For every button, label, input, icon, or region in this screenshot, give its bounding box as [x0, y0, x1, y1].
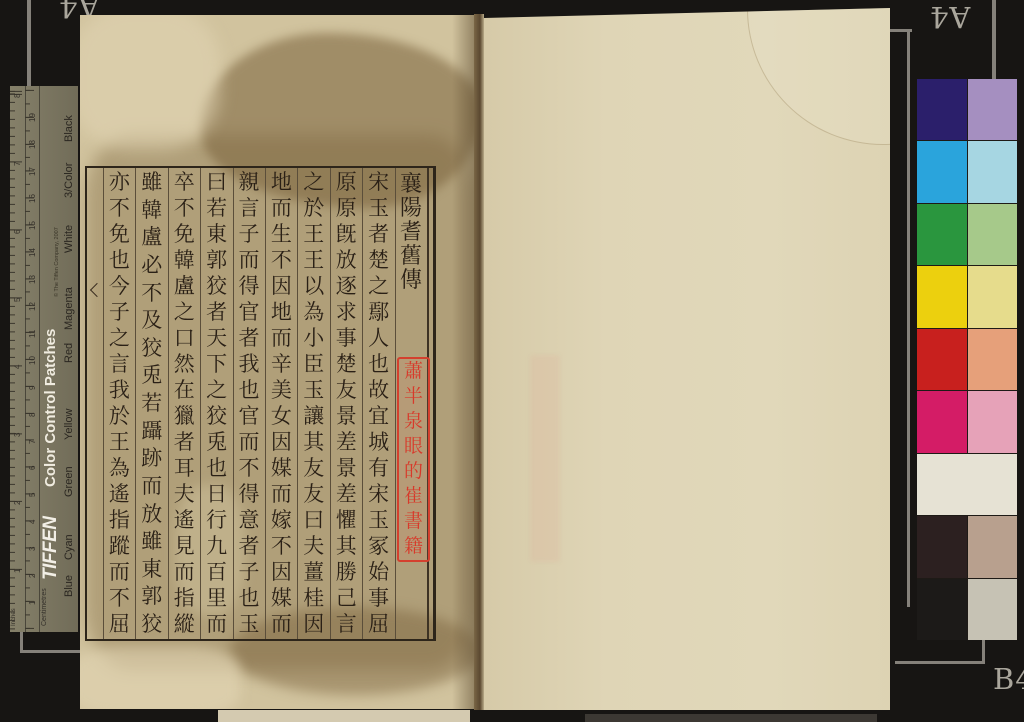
patch-cyan — [917, 141, 968, 202]
glyph: 旣 — [336, 224, 357, 246]
cm-label: 3 — [29, 547, 37, 551]
glyph: 天 — [206, 328, 227, 350]
cm-label: 7 — [29, 440, 37, 444]
glyph: 王 — [303, 224, 324, 246]
glyph: 宋 — [368, 484, 389, 506]
glyph: 因 — [271, 276, 292, 298]
ring-stain — [747, 8, 890, 145]
patch-blue — [917, 79, 968, 140]
glyph: 臣 — [303, 354, 324, 376]
patch-light-gray — [968, 579, 1018, 640]
patch-name-black: Black — [64, 115, 75, 142]
glyph: 亦 — [109, 172, 130, 194]
book-title: 襄陽耆舊傳 — [395, 174, 427, 293]
patch-yellow — [917, 266, 968, 327]
glyph: 親 — [239, 172, 260, 194]
inch-label: 3 — [14, 433, 22, 437]
underlying-card-edge — [585, 714, 877, 722]
glyph: 而 — [174, 562, 195, 584]
patch-white — [967, 454, 1017, 515]
patch-tan — [968, 516, 1018, 577]
glyph: 者 — [368, 224, 389, 246]
guide-line — [982, 640, 985, 664]
glyph: 遙 — [109, 484, 130, 506]
glyph: 友 — [336, 380, 357, 402]
glyph: 薑 — [303, 562, 324, 584]
guide-line — [907, 29, 910, 607]
glyph: 今 — [109, 276, 130, 298]
glyph: 之 — [368, 276, 389, 298]
glyph: 冢 — [368, 536, 389, 558]
book-gutter — [474, 14, 484, 710]
patch-name-blue: Blue — [64, 575, 75, 597]
glyph: 之 — [303, 172, 324, 194]
color-control-ruler: Inches Centimetres 1 2 3 4 5 6 7 8 1 2 3… — [10, 86, 78, 632]
patch-green — [917, 204, 968, 265]
glyph: 也 — [239, 588, 260, 610]
glyph: 友 — [303, 458, 324, 480]
cm-label: 8 — [29, 413, 37, 417]
glyph: 不 — [271, 536, 292, 558]
inch-label: 4 — [14, 365, 22, 369]
glyph: 宜 — [368, 406, 389, 428]
text-column-9: 亦不免也今子之言我於王為遙指蹤而不屈 — [103, 172, 135, 636]
inch-label: 2 — [14, 501, 22, 505]
glyph: 崔 — [404, 487, 423, 507]
glyph: 媒 — [271, 588, 292, 610]
glyph: 也 — [368, 354, 389, 376]
cm-label: 2 — [29, 574, 37, 578]
glyph: 籍 — [404, 537, 423, 557]
glyph: 逐 — [336, 276, 357, 298]
glyph: 言 — [336, 614, 357, 636]
glyph: 躡 — [141, 421, 162, 443]
glyph: 友 — [303, 484, 324, 506]
glyph: 因 — [271, 432, 292, 454]
glyph: 傳 — [400, 270, 422, 293]
glyph: 也 — [109, 250, 130, 272]
glyph: 玉 — [368, 198, 389, 220]
glyph: 九 — [206, 536, 227, 558]
glyph: 不 — [109, 198, 130, 220]
glyph: 子 — [239, 562, 260, 584]
patch-name-magenta: Magenta — [64, 287, 75, 330]
glyph: 狡 — [141, 338, 162, 360]
glyph: 不 — [174, 198, 195, 220]
glyph: 若 — [141, 393, 162, 415]
glyph: 者 — [174, 432, 195, 454]
cm-label: 15 — [29, 221, 37, 230]
glyph: 見 — [174, 536, 195, 558]
fishtail-mark-icon — [90, 283, 104, 297]
glyph: 而 — [206, 614, 227, 636]
glyph: 辛 — [271, 354, 292, 376]
cm-label: 12 — [29, 302, 37, 311]
glyph: 差 — [336, 484, 357, 506]
glyph: 而 — [239, 432, 260, 454]
cm-label: 1 — [29, 601, 37, 605]
patch-green-light — [968, 204, 1018, 265]
glyph: 放 — [141, 504, 162, 526]
glyph: 原 — [336, 172, 357, 194]
glyph: 必 — [141, 255, 162, 277]
glyph: 里 — [206, 588, 227, 610]
patch-name-red: Red — [64, 343, 75, 363]
patch-name-3color: 3/Color — [64, 163, 75, 198]
glyph: 美 — [271, 380, 292, 402]
glyph: 狡 — [206, 406, 227, 428]
glyph: 者 — [239, 536, 260, 558]
glyph: 因 — [271, 562, 292, 584]
glyph: 懼 — [336, 510, 357, 532]
cm-label: 18 — [29, 140, 37, 149]
glyph: 然 — [174, 354, 195, 376]
glyph: 故 — [368, 380, 389, 402]
collector-seal: 蕭半泉眼的崔書籍 — [397, 357, 430, 562]
centimetres-unit-label: Centimetres — [41, 588, 48, 626]
inch-label: 8 — [14, 94, 22, 98]
glyph: 泉 — [404, 412, 423, 432]
glyph: 狡 — [206, 276, 227, 298]
glyph: 楚 — [368, 250, 389, 272]
glyph: 雖 — [141, 531, 162, 553]
glyph: 襄 — [400, 174, 422, 197]
glyph: 小 — [303, 328, 324, 350]
glyph: 嫁 — [271, 510, 292, 532]
patch-row-black — [917, 579, 1017, 640]
glyph: 不 — [239, 458, 260, 480]
seal-bleed-through — [530, 355, 560, 562]
text-column-7: 卒不免韓盧之口然在獵者耳夫遙見而指縱 — [168, 172, 200, 636]
patch-row-magenta — [917, 391, 1017, 453]
glyph: 狡 — [141, 614, 162, 636]
glyph: 日 — [206, 484, 227, 506]
glyph: 遙 — [174, 510, 195, 532]
glyph: 差 — [336, 432, 357, 454]
patch-red — [917, 329, 968, 390]
patch-black — [917, 579, 968, 640]
inch-label: 7 — [14, 162, 22, 166]
glyph: 而 — [141, 476, 162, 498]
glyph: 意 — [239, 510, 260, 532]
cm-label: 10 — [29, 356, 37, 365]
glyph: 讓 — [303, 406, 324, 428]
guide-line — [27, 0, 31, 86]
glyph: 盧 — [174, 276, 195, 298]
glyph: 子 — [239, 224, 260, 246]
inch-label: 5 — [14, 298, 22, 302]
glyph: 也 — [239, 380, 260, 402]
glyph: 行 — [206, 510, 227, 532]
text-column-8: 雖韓盧必不及狡兎若躡跡而放雖東郭狡 — [136, 172, 168, 636]
glyph: 舊 — [400, 246, 422, 269]
cm-label: 17 — [29, 167, 37, 176]
glyph: 跡 — [141, 448, 162, 470]
glyph: 勝 — [336, 562, 357, 584]
glyph: 東 — [141, 559, 162, 581]
patch-yellow-light — [968, 266, 1018, 327]
cm-label: 9 — [29, 386, 37, 390]
glyph: 郭 — [206, 250, 227, 272]
guide-line — [992, 0, 996, 80]
glyph: 鄢 — [368, 302, 389, 324]
glyph: 於 — [109, 406, 130, 428]
glyph: 韓 — [174, 250, 195, 272]
glyph: 免 — [174, 224, 195, 246]
text-column-5: 親言子而得官者我也官而不得意者子也玉 — [233, 172, 265, 636]
ruler-face: Inches Centimetres 1 2 3 4 5 6 7 8 1 2 3… — [10, 86, 78, 632]
cm-label: 13 — [29, 275, 37, 284]
glyph: 玉 — [368, 510, 389, 532]
glyph: 若 — [206, 198, 227, 220]
text-column-4: 地而生不因地而辛美女因媒而嫁不因媒而 — [265, 172, 297, 636]
patch-row-blue — [917, 79, 1017, 141]
patch-name-green: Green — [64, 466, 75, 497]
glyph: 眼 — [404, 437, 423, 457]
glyph: 其 — [336, 536, 357, 558]
patch-magenta-light — [968, 391, 1018, 452]
patch-dark-brown — [917, 516, 968, 577]
glyph: 子 — [109, 302, 130, 324]
glyph: 卒 — [174, 172, 195, 194]
glyph: 陽 — [400, 198, 422, 221]
glyph: 盧 — [141, 227, 162, 249]
glyph: 蕭 — [404, 362, 423, 382]
glyph: 事 — [336, 328, 357, 350]
glyph: 得 — [239, 276, 260, 298]
patch-red-light — [968, 329, 1018, 390]
glyph: 而 — [271, 484, 292, 506]
glyph: 而 — [109, 562, 130, 584]
glyph: 城 — [368, 432, 389, 454]
glyph: 地 — [271, 172, 292, 194]
right-page — [484, 8, 890, 710]
glyph: 桂 — [303, 588, 324, 610]
glyph: 女 — [271, 406, 292, 428]
patch-cyan-light — [968, 141, 1018, 202]
glyph: 因 — [303, 614, 324, 636]
glyph: 者 — [239, 328, 260, 350]
glyph: 以 — [303, 276, 324, 298]
paper-size-label-bottom-right: B4 — [993, 665, 1024, 694]
glyph: 我 — [239, 354, 260, 376]
glyph: 人 — [368, 328, 389, 350]
patch-row-brown — [917, 516, 1017, 578]
glyph: 得 — [239, 484, 260, 506]
glyph: 獵 — [174, 406, 195, 428]
glyph: 玉 — [303, 380, 324, 402]
glyph: 百 — [206, 562, 227, 584]
glyph: 指 — [174, 588, 195, 610]
glyph: 官 — [239, 302, 260, 324]
patch-blue-light — [968, 79, 1018, 140]
glyph: 指 — [109, 510, 130, 532]
glyph: 蹤 — [109, 536, 130, 558]
cm-label: 19 — [29, 113, 37, 122]
glyph: 之 — [109, 328, 130, 350]
glyph: 媒 — [271, 458, 292, 480]
glyph: 事 — [368, 588, 389, 610]
patch-row-yellow — [917, 266, 1017, 328]
glyph: 其 — [303, 432, 324, 454]
inch-label: 6 — [14, 230, 22, 234]
glyph: 口 — [174, 328, 195, 350]
glyph: 求 — [336, 302, 357, 324]
glyph: 曰 — [206, 172, 227, 194]
glyph: 玉 — [239, 614, 260, 636]
glyph: 己 — [336, 588, 357, 610]
patch-magenta — [917, 391, 968, 452]
glyph: 之 — [174, 302, 195, 324]
glyph: 始 — [368, 562, 389, 584]
glyph: 宋 — [368, 172, 389, 194]
glyph: 免 — [109, 224, 130, 246]
patch-row-red — [917, 329, 1017, 391]
glyph: 為 — [303, 302, 324, 324]
cm-label: 11 — [29, 330, 37, 338]
glyph: 不 — [141, 283, 162, 305]
glyph: 半 — [404, 387, 423, 407]
patch-name-cyan: Cyan — [64, 534, 75, 560]
glyph: 官 — [239, 406, 260, 428]
inch-label: 1 — [14, 569, 22, 573]
clean-paper-area — [80, 647, 240, 709]
glyph: 有 — [368, 458, 389, 480]
glyph: 曰 — [303, 510, 324, 532]
cm-label: 5 — [29, 493, 37, 497]
patch-row-green — [917, 204, 1017, 266]
glyph: 者 — [206, 302, 227, 324]
glyph: 楚 — [336, 354, 357, 376]
clean-paper-area — [80, 15, 220, 150]
patch-name-white: White — [64, 225, 75, 253]
glyph: 縱 — [174, 614, 195, 636]
glyph: 而 — [271, 328, 292, 350]
glyph: 夫 — [303, 536, 324, 558]
glyph: 屈 — [109, 614, 130, 636]
cm-label: 16 — [29, 194, 37, 203]
glyph: 景 — [336, 406, 357, 428]
tiffen-logo: TIFFEN — [41, 517, 60, 581]
copyright-text: © The Tiffen Company, 2007 — [55, 227, 61, 297]
text-column-6: 曰若東郭狡者天下之狡兎也日行九百里而 — [201, 172, 233, 636]
cm-label: 14 — [29, 248, 37, 257]
glyph: 夫 — [174, 484, 195, 506]
patch-name-yellow: Yellow — [64, 409, 75, 440]
cm-label: 6 — [29, 466, 37, 470]
glyph: 不 — [271, 250, 292, 272]
glyph: 王 — [303, 250, 324, 272]
glyph: 之 — [206, 380, 227, 402]
patch-row-cyan — [917, 141, 1017, 203]
text-column-3: 之於王王以為小臣玉讓其友友曰夫薑桂因 — [298, 172, 330, 636]
glyph: 而 — [271, 614, 292, 636]
glyph: 言 — [109, 354, 130, 376]
inch-major-ticks — [10, 86, 22, 632]
glyph: 韓 — [141, 200, 162, 222]
text-column-2: 原原旣放逐求事楚友景差景差懼其勝己言 — [330, 172, 362, 636]
glyph: 而 — [271, 198, 292, 220]
ruler-title: Color Control Patches — [43, 329, 58, 487]
glyph: 及 — [141, 310, 162, 332]
glyph: 兎 — [206, 432, 227, 454]
glyph: 原 — [336, 198, 357, 220]
glyph: 雖 — [141, 172, 162, 194]
glyph: 為 — [109, 458, 130, 480]
glyph: 我 — [109, 380, 130, 402]
cm-label: 4 — [29, 520, 37, 524]
glyph: 王 — [109, 432, 130, 454]
title-label-strip — [218, 710, 470, 722]
glyph: 耳 — [174, 458, 195, 480]
glyph: 在 — [174, 380, 195, 402]
guide-line — [20, 650, 80, 653]
glyph: 言 — [239, 198, 260, 220]
text-column-1: 宋玉者楚之鄢人也故宜城有宋玉冢始事屈 — [363, 172, 395, 636]
glyph: 的 — [404, 462, 423, 482]
patch-row-white — [917, 454, 1017, 516]
glyph: 而 — [239, 250, 260, 272]
color-patch-chart — [917, 79, 1017, 640]
glyph: 地 — [271, 302, 292, 324]
glyph: 兎 — [141, 365, 162, 387]
glyph: 下 — [206, 354, 227, 376]
guide-line — [20, 632, 23, 652]
glyph: 於 — [303, 198, 324, 220]
glyph: 耆 — [400, 222, 422, 245]
paper-size-label-top-right: A4 — [929, 2, 970, 31]
glyph: 郭 — [141, 586, 162, 608]
glyph: 也 — [206, 458, 227, 480]
glyph: 書 — [404, 512, 423, 532]
glyph: 屈 — [368, 614, 389, 636]
guide-line — [895, 661, 985, 664]
glyph: 東 — [206, 224, 227, 246]
patch-white — [917, 454, 967, 515]
text-frame: 襄陽耆舊傳 宋玉者楚之鄢人也故宜城有宋玉冢始事屈 原原旣放逐求事楚友景差景差懼其… — [85, 166, 436, 641]
glyph: 不 — [109, 588, 130, 610]
glyph: 景 — [336, 458, 357, 480]
glyph: 生 — [271, 224, 292, 246]
inches-unit-label: Inches — [11, 608, 17, 626]
glyph: 放 — [336, 250, 357, 272]
